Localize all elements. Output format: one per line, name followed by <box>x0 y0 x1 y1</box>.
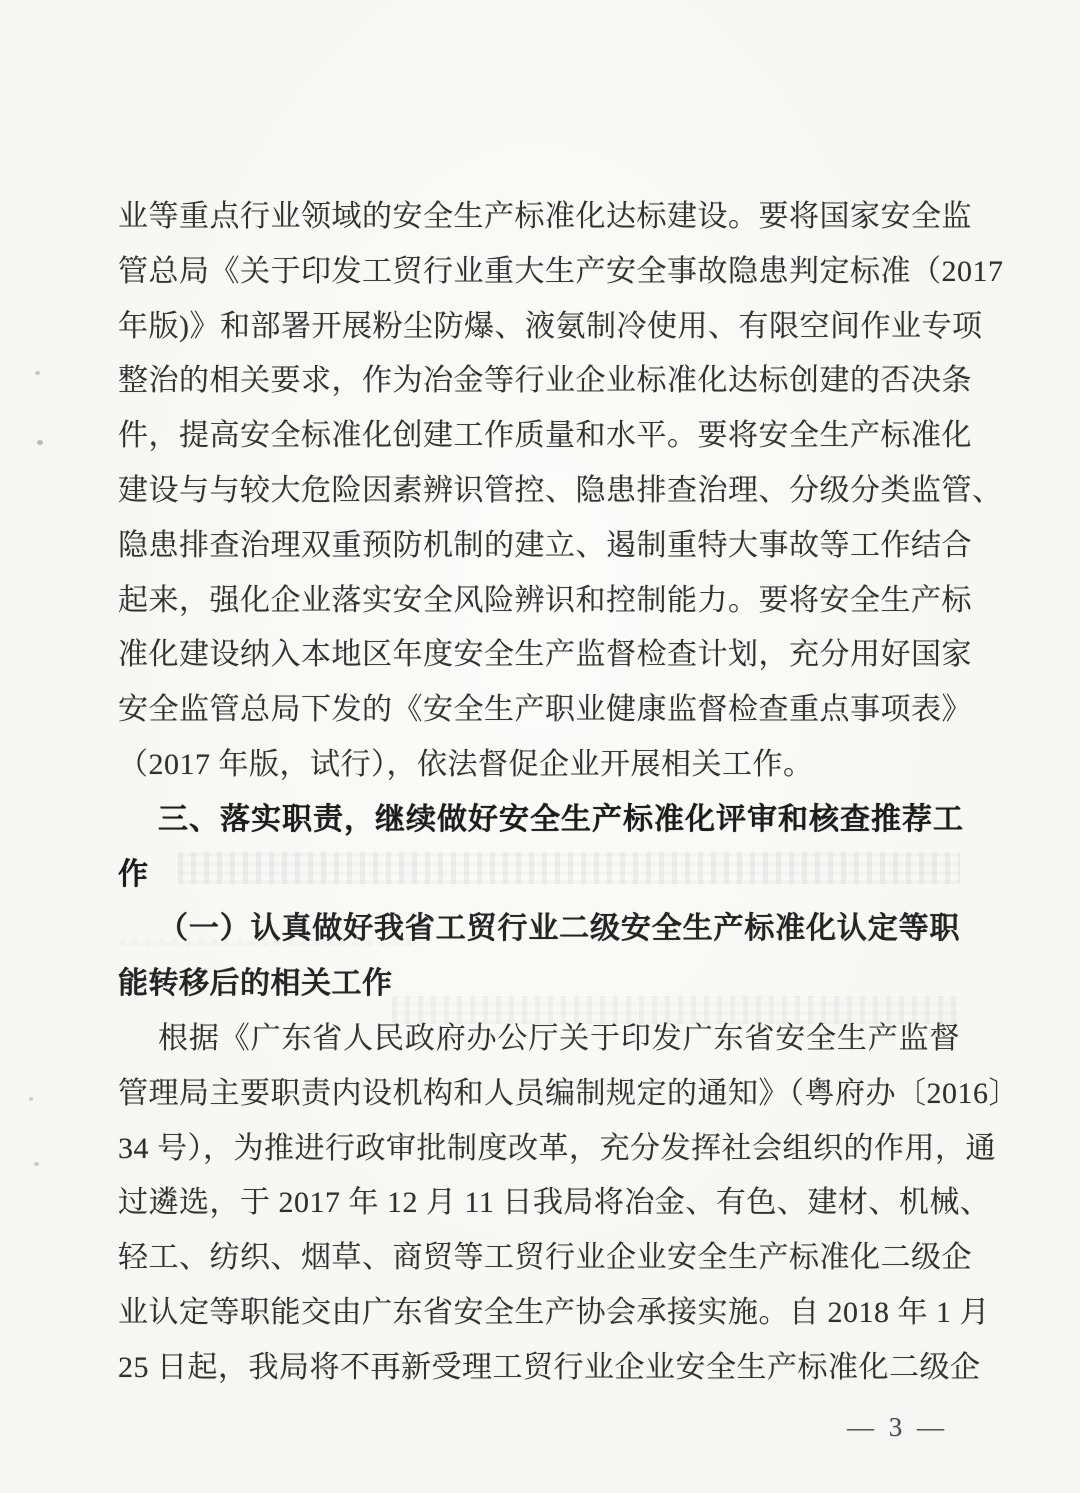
text-line: 起来，强化企业落实安全风险辨识和控制能力。要将安全生产标 <box>118 574 960 629</box>
text-line: 业等重点行业领域的安全生产标准化达标建设。要将国家安全监 <box>118 190 960 245</box>
text-line: 安全监管总局下发的《安全生产职业健康监督检查重点事项表》 <box>118 683 960 738</box>
scan-speck-artifact <box>29 1097 33 1101</box>
scan-noise-band <box>178 852 960 884</box>
text-line: 建设与与较大危险因素辨识管控、隐患排查治理、分级分类监管、 <box>118 464 960 519</box>
section-heading-line: 三、落实职责，继续做好安全生产标准化评审和核查推荐工 <box>118 793 960 848</box>
document-text-block: 业等重点行业领域的安全生产标准化达标建设。要将国家安全监 管总局《关于印发工贸行… <box>118 190 960 1396</box>
text-line: 管理局主要职责内设机构和人员编制规定的通知》（粤府办〔2016〕 <box>118 1067 960 1122</box>
subsection-heading-line: （一）认真做好我省工贸行业二级安全生产标准化认定等职 <box>118 902 960 957</box>
text-line: 过遴选，于 2017 年 12 月 11 日我局将冶金、有色、建材、机械、 <box>118 1176 960 1231</box>
scan-noise-band <box>392 996 958 1024</box>
text-line: （2017 年版，试行），依法督促企业开展相关工作。 <box>118 738 960 793</box>
text-line: 业认定等职能交由广东省安全生产协会承接实施。自 2018 年 1 月 <box>118 1286 960 1341</box>
text-line: 轻工、纺织、烟草、商贸等工贸行业企业安全生产标准化二级企 <box>118 1231 960 1286</box>
text-line: 25 日起，我局将不再新受理工贸行业企业安全生产标准化二级企 <box>118 1341 960 1396</box>
scan-speck-artifact <box>34 1162 39 1166</box>
text-line: 年版)》和部署开展粉尘防爆、液氨制冷使用、有限空间作业专项 <box>118 300 960 355</box>
scan-speck-artifact <box>37 440 43 445</box>
page-number: — 3 — <box>847 1412 948 1443</box>
text-line: 件，提高安全标准化创建工作质量和水平。要将安全生产标准化 <box>118 409 960 464</box>
text-line: 管总局《关于印发工贸行业重大生产安全事故隐患判定标准（2017 <box>118 245 960 300</box>
document-page: 业等重点行业领域的安全生产标准化达标建设。要将国家安全监 管总局《关于印发工贸行… <box>0 0 1080 1493</box>
scan-speck-artifact <box>35 371 40 375</box>
text-line: 隐患排查治理双重预防机制的建立、遏制重特大事故等工作结合 <box>118 519 960 574</box>
text-line: 整治的相关要求，作为冶金等行业企业标准化达标创建的否决条 <box>118 354 960 409</box>
scan-noise-band <box>120 938 420 946</box>
text-line: 34 号），为推进行政审批制度改革，充分发挥社会组织的作用，通 <box>118 1122 960 1177</box>
text-line: 准化建设纳入本地区年度安全生产监督检查计划，充分用好国家 <box>118 628 960 683</box>
